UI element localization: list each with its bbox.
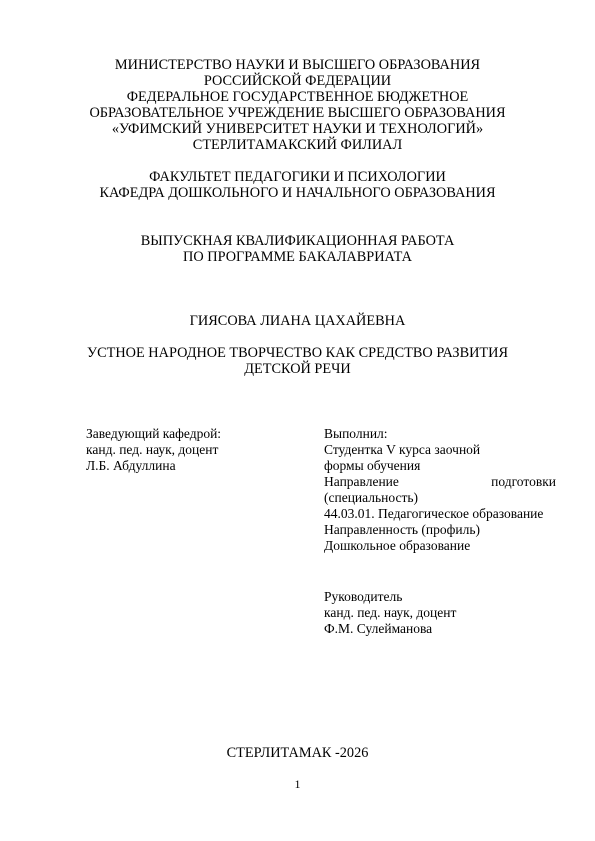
page-number: 1 <box>0 777 595 791</box>
direction-word: Направление <box>324 474 399 490</box>
specialty-code: 44.03.01. Педагогическое образование <box>324 506 556 522</box>
city-year: СТЕРЛИТАМАК -2026 <box>0 745 595 761</box>
header-line: ФЕДЕРАЛЬНОЕ ГОСУДАРСТВЕННОЕ БЮДЖЕТНОЕ <box>60 89 535 105</box>
head-name: Л.Б. Абдуллина <box>86 458 286 474</box>
head-degree: канд. пед. наук, доцент <box>86 442 286 458</box>
department-line: КАФЕДРА ДОШКОЛЬНОГО И НАЧАЛЬНОГО ОБРАЗОВ… <box>60 185 535 201</box>
author-name-text: ГИЯСОВА ЛИАНА ЦАХАЙЕВНА <box>60 313 535 329</box>
thesis-title: УСТНОЕ НАРОДНОЕ ТВОРЧЕСТВО КАК СРЕДСТВО … <box>60 345 535 377</box>
work-type-line: ПО ПРОГРАММЕ БАКАЛАВРИАТА <box>60 249 535 265</box>
ministry-header: МИНИСТЕРСТВО НАУКИ И ВЫСШЕГО ОБРАЗОВАНИЯ… <box>60 57 535 153</box>
author-name: ГИЯСОВА ЛИАНА ЦАХАЙЕВНА <box>60 313 535 329</box>
supervisor-degree: канд. пед. наук, доцент <box>324 605 556 621</box>
head-of-department-block: Заведующий кафедрой: канд. пед. наук, до… <box>86 426 286 474</box>
head-label: Заведующий кафедрой: <box>86 426 286 442</box>
header-line: «УФИМСКИЙ УНИВЕРСИТЕТ НАУКИ И ТЕХНОЛОГИЙ… <box>60 121 535 137</box>
header-line: МИНИСТЕРСТВО НАУКИ И ВЫСШЕГО ОБРАЗОВАНИЯ <box>60 57 535 73</box>
supervisor-label: Руководитель <box>324 589 556 605</box>
performed-label: Выполнил: <box>324 426 556 442</box>
faculty-line: ФАКУЛЬТЕТ ПЕДАГОГИКИ И ПСИХОЛОГИИ <box>60 169 535 185</box>
direction-word: подготовки <box>491 474 556 490</box>
study-form: формы обучения <box>324 458 556 474</box>
profile-value: Дошкольное образование <box>324 538 556 554</box>
title-line: ДЕТСКОЙ РЕЧИ <box>60 361 535 377</box>
supervisor-name: Ф.М. Сулейманова <box>324 621 556 637</box>
header-line: ОБРАЗОВАТЕЛЬНОЕ УЧРЕЖДЕНИЕ ВЫСШЕГО ОБРАЗ… <box>60 105 535 121</box>
profile-label: Направленность (профиль) <box>324 522 556 538</box>
header-line: РОССИЙСКОЙ ФЕДЕРАЦИИ <box>60 73 535 89</box>
document-page: МИНИСТЕРСТВО НАУКИ И ВЫСШЕГО ОБРАЗОВАНИЯ… <box>0 0 595 841</box>
specialty-label: (специальность) <box>324 490 556 506</box>
direction-line: Направление подготовки <box>324 474 556 490</box>
student-course: Студентка V курса заочной <box>324 442 556 458</box>
header-line: СТЕРЛИТАМАКСКИЙ ФИЛИАЛ <box>60 137 535 153</box>
work-type-block: ВЫПУСКНАЯ КВАЛИФИКАЦИОННАЯ РАБОТА ПО ПРО… <box>60 233 535 265</box>
performed-by-block: Выполнил: Студентка V курса заочной форм… <box>324 426 556 554</box>
faculty-block: ФАКУЛЬТЕТ ПЕДАГОГИКИ И ПСИХОЛОГИИ КАФЕДР… <box>60 169 535 201</box>
supervisor-block: Руководитель канд. пед. наук, доцент Ф.М… <box>324 589 556 637</box>
title-line: УСТНОЕ НАРОДНОЕ ТВОРЧЕСТВО КАК СРЕДСТВО … <box>60 345 535 361</box>
work-type-line: ВЫПУСКНАЯ КВАЛИФИКАЦИОННАЯ РАБОТА <box>60 233 535 249</box>
